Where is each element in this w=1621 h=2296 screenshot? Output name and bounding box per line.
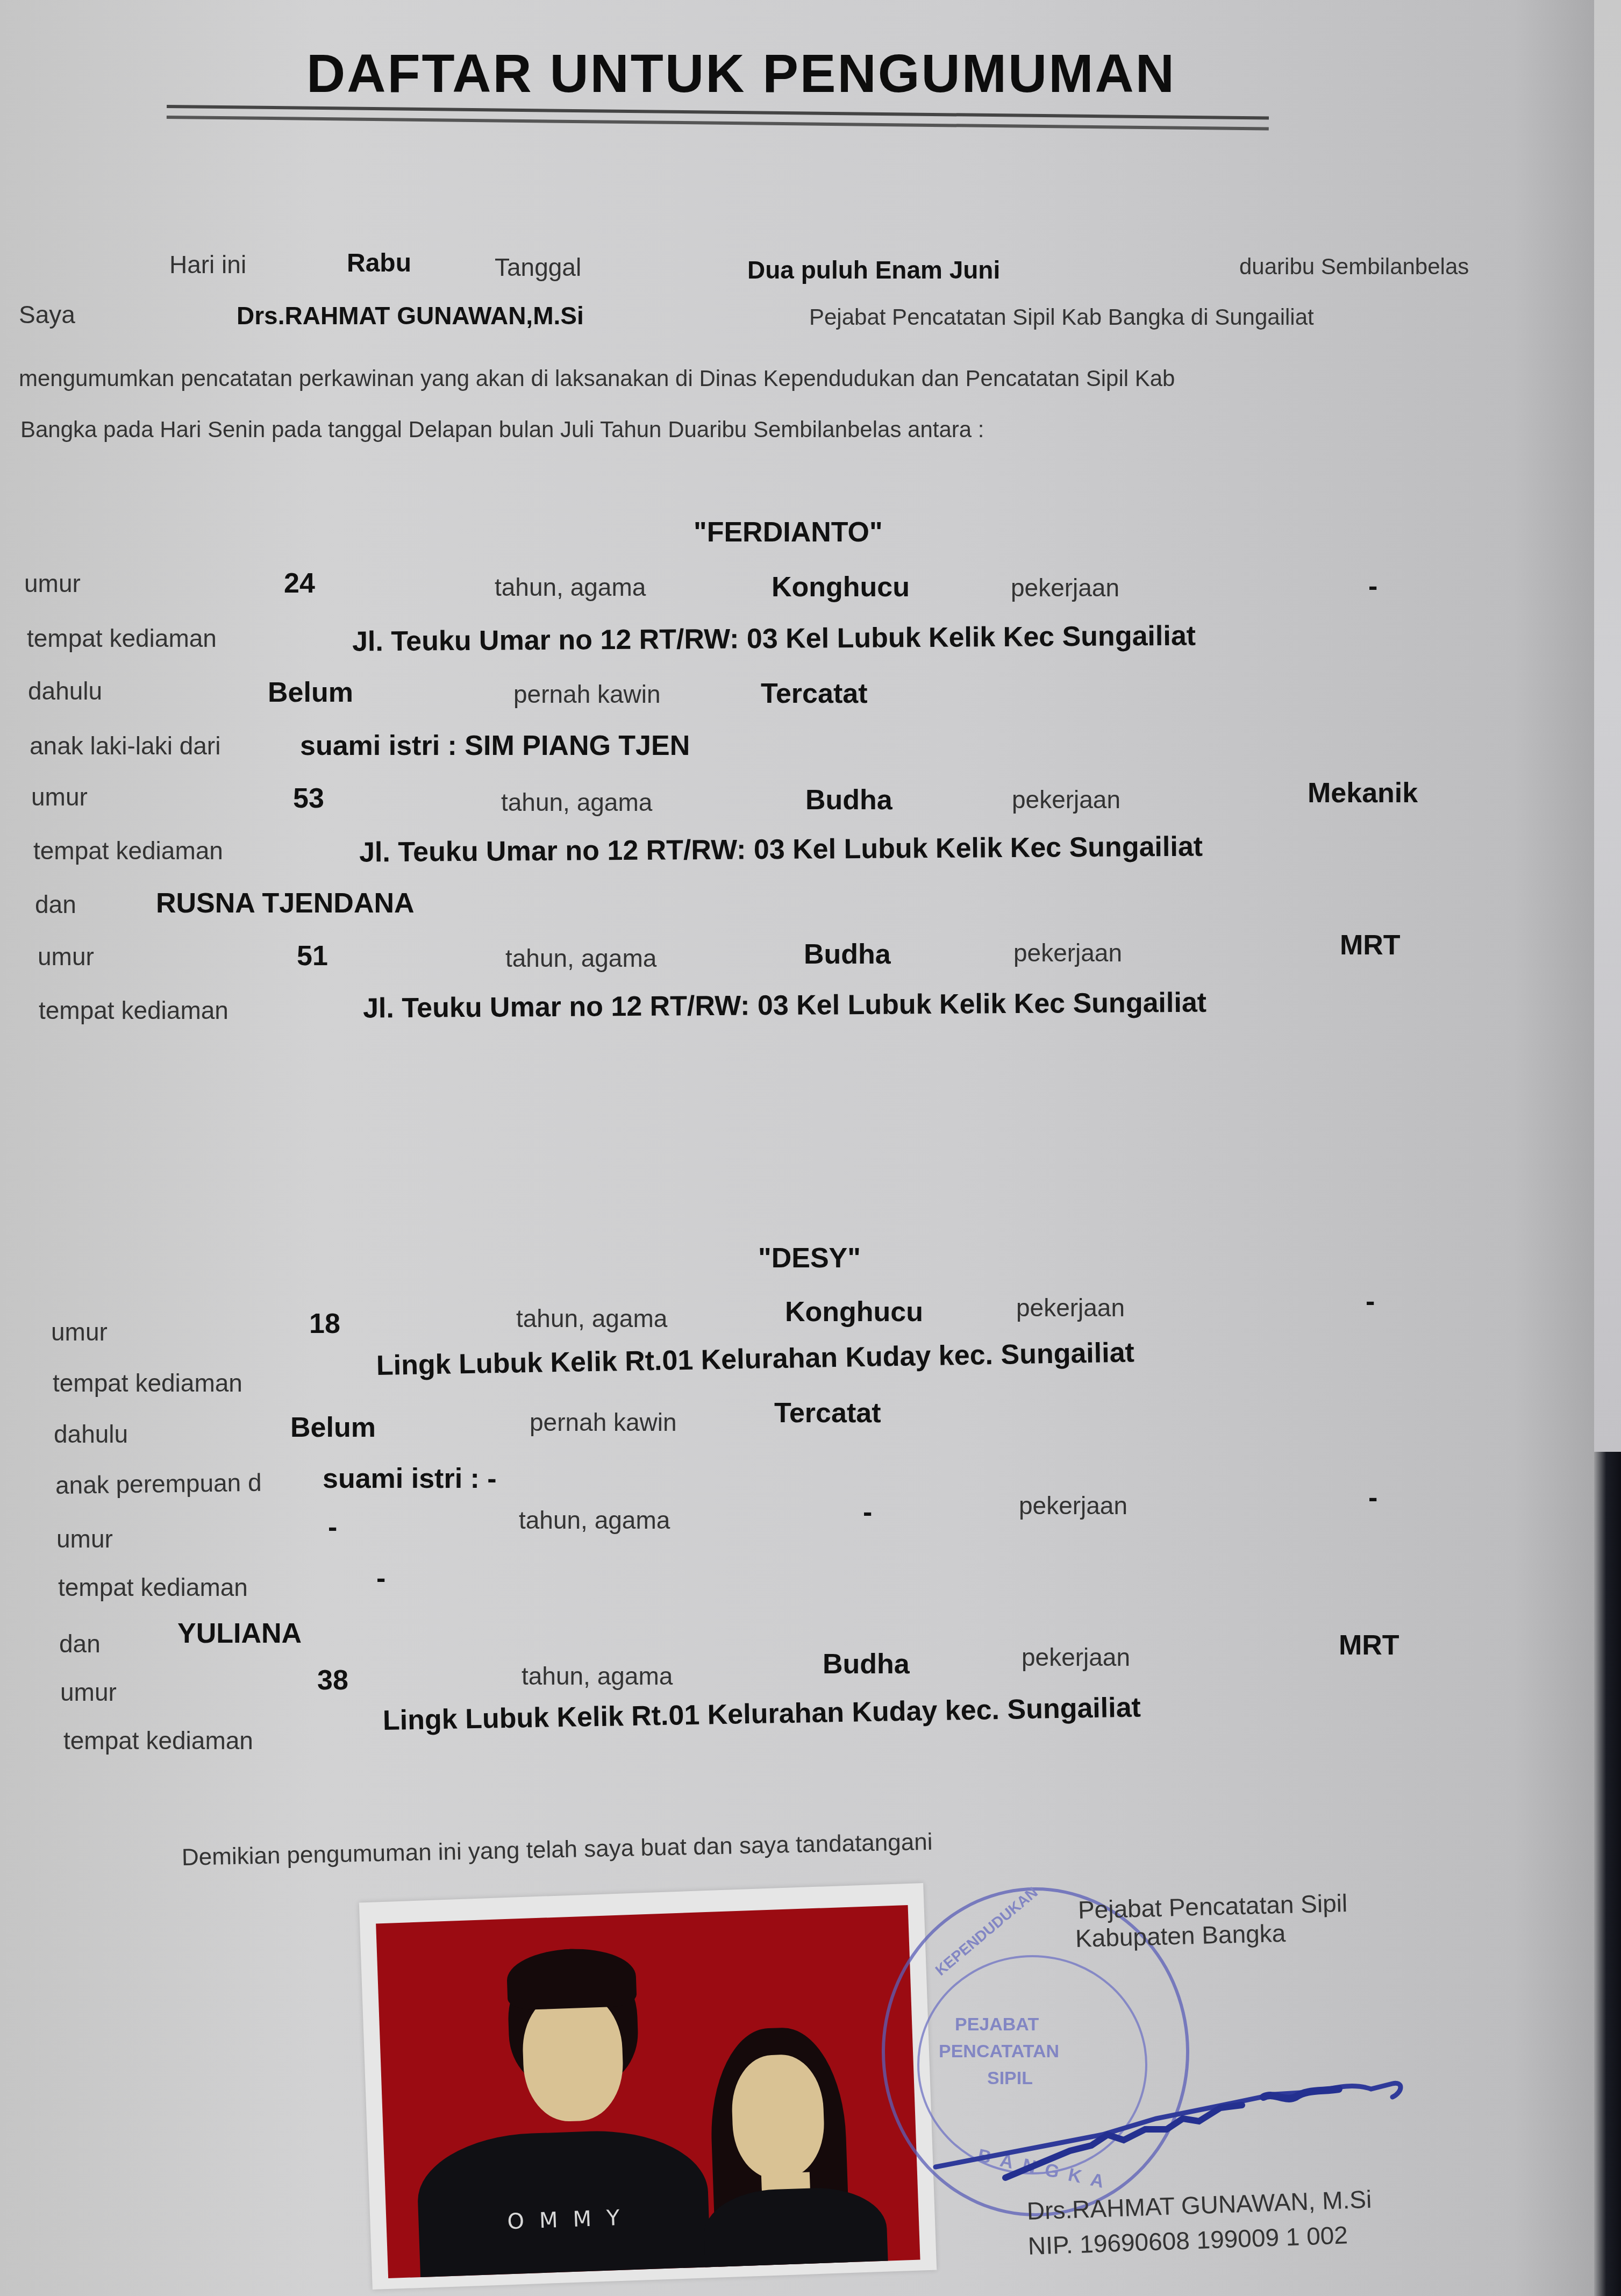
photo-background: OMMY — [376, 1905, 920, 2278]
bride-mother-pekerjaan-label: pekerjaan — [1022, 1643, 1130, 1672]
bride-mother-agama: Budha — [823, 1648, 910, 1680]
groom-father-agama: Budha — [805, 784, 892, 816]
bride-agama: Konghucu — [785, 1296, 923, 1328]
bride-agama-label: tahun, agama — [516, 1304, 667, 1333]
groom-mother-umur-label: umur — [38, 942, 94, 971]
bride-dahulu: Belum — [290, 1411, 376, 1444]
bride-father-alamat-label: tempat kediaman — [58, 1573, 248, 1602]
bride-father-agama-label: tahun, agama — [519, 1506, 670, 1535]
groom-father-agama-label: tahun, agama — [501, 788, 652, 817]
groom-mother-name: RUSNA TJENDANA — [156, 887, 415, 919]
saya-label: Saya — [19, 300, 75, 329]
bride-dan-label: dan — [59, 1629, 101, 1658]
bride-umur: 18 — [309, 1308, 340, 1340]
bride-father-agama: - — [863, 1496, 872, 1528]
groom-pekerjaan: - — [1368, 570, 1377, 602]
bride-father-line: suami istri : - — [323, 1463, 497, 1495]
groom-dan-label: dan — [35, 890, 76, 919]
bride-pekerjaan: - — [1366, 1285, 1375, 1317]
groom-father-line: suami istri : SIM PIANG TJEN — [300, 730, 690, 762]
official-name: Drs.RAHMAT GUNAWAN,M.Si — [237, 301, 584, 330]
groom-father-pekerjaan-label: pekerjaan — [1012, 785, 1120, 814]
handwritten-signature — [930, 2043, 1468, 2205]
bride-umur-label: umur — [51, 1317, 108, 1346]
groom-alamat: Jl. Teuku Umar no 12 RT/RW: 03 Kel Lubuk… — [352, 620, 1196, 658]
shirt-print: OMMY — [507, 2205, 635, 2234]
groom-father-pekerjaan: Mekanik — [1308, 777, 1418, 809]
tanggal-value: Dua puluh Enam Juni — [747, 255, 1000, 284]
groom-pernah-kawin-label: pernah kawin — [513, 680, 661, 709]
bride-mother-umur: 38 — [317, 1664, 348, 1696]
groom-parent-label: anak laki-laki dari — [30, 731, 220, 760]
bride-heading: "DESY" — [758, 1242, 861, 1274]
intro-line-1: mengumumkan pencatatan perkawinan yang a… — [19, 366, 1175, 391]
hari-ini-label: Hari ini — [169, 250, 246, 279]
bride-mother-umur-label: umur — [60, 1678, 117, 1707]
groom-agama-label: tahun, agama — [495, 573, 646, 602]
groom-mother-umur: 51 — [297, 940, 328, 972]
official-title: Pejabat Pencatatan Sipil Kab Bangka di S… — [809, 304, 1314, 330]
bride-father-alamat: - — [376, 1562, 385, 1594]
groom-mother-pekerjaan: MRT — [1340, 929, 1401, 961]
bride-alamat-label: tempat kediaman — [53, 1368, 242, 1397]
groom-mother-agama-label: tahun, agama — [505, 944, 656, 973]
tanggal-label: Tanggal — [495, 253, 581, 282]
groom-dahulu: Belum — [268, 676, 353, 709]
bride-mother-alamat-label: tempat kediaman — [63, 1726, 253, 1755]
stamp-line-1: PEJABAT — [955, 2014, 1039, 2035]
bride-father-umur: - — [328, 1511, 337, 1543]
groom-dahulu-label: dahulu — [28, 676, 102, 705]
groom-mother-agama: Budha — [804, 938, 891, 971]
groom-umur-label: umur — [24, 569, 81, 598]
groom-status: Tercatat — [761, 678, 867, 710]
groom-father-umur: 53 — [293, 782, 324, 815]
intro-line-2: Bangka pada Hari Senin pada tanggal Dela… — [20, 417, 984, 443]
groom-umur: 24 — [284, 567, 315, 600]
bride-parent-label: anak perempuan d — [55, 1468, 262, 1500]
groom-shirt — [416, 2127, 711, 2278]
signature-office-line-2: Kabupaten Bangka — [1075, 1919, 1286, 1953]
bride-dahulu-label: dahulu — [54, 1420, 128, 1449]
groom-pekerjaan-label: pekerjaan — [1011, 573, 1119, 602]
bride-pekerjaan-label: pekerjaan — [1016, 1293, 1125, 1322]
document-title: DAFTAR UNTUK PENGUMUMAN — [306, 43, 1176, 105]
bride-mother-agama-label: tahun, agama — [522, 1662, 673, 1691]
groom-agama: Konghucu — [772, 571, 910, 603]
groom-mother-alamat-label: tempat kediaman — [39, 996, 228, 1025]
groom-heading: "FERDIANTO" — [694, 516, 883, 548]
groom-alamat-label: tempat kediaman — [27, 624, 217, 653]
couple-photo: OMMY — [359, 1883, 937, 2290]
hari-value: Rabu — [347, 248, 411, 278]
bride-face — [730, 2053, 826, 2180]
groom-father-alamat: Jl. Teuku Umar no 12 RT/RW: 03 Kel Lubuk… — [359, 831, 1203, 869]
groom-mother-alamat: Jl. Teuku Umar no 12 RT/RW: 03 Kel Lubuk… — [363, 987, 1206, 1025]
bride-mother-pekerjaan: MRT — [1339, 1629, 1399, 1662]
bride-father-umur-label: umur — [56, 1524, 113, 1553]
bride-mother-name: YULIANA — [177, 1617, 302, 1650]
groom-father-alamat-label: tempat kediaman — [33, 836, 223, 865]
bride-father-pekerjaan-label: pekerjaan — [1019, 1491, 1127, 1520]
groom-father-umur-label: umur — [31, 782, 88, 811]
tahun-value: duaribu Sembilanbelas — [1239, 254, 1469, 280]
bride-pernah-kawin-label: pernah kawin — [530, 1408, 677, 1437]
groom-fringe — [506, 1947, 637, 2010]
bride-father-pekerjaan: - — [1368, 1481, 1377, 1514]
groom-mother-pekerjaan-label: pekerjaan — [1013, 938, 1122, 967]
bride-status: Tercatat — [774, 1397, 881, 1429]
groom-face — [521, 1991, 625, 2123]
background-edge — [1594, 1452, 1621, 2296]
